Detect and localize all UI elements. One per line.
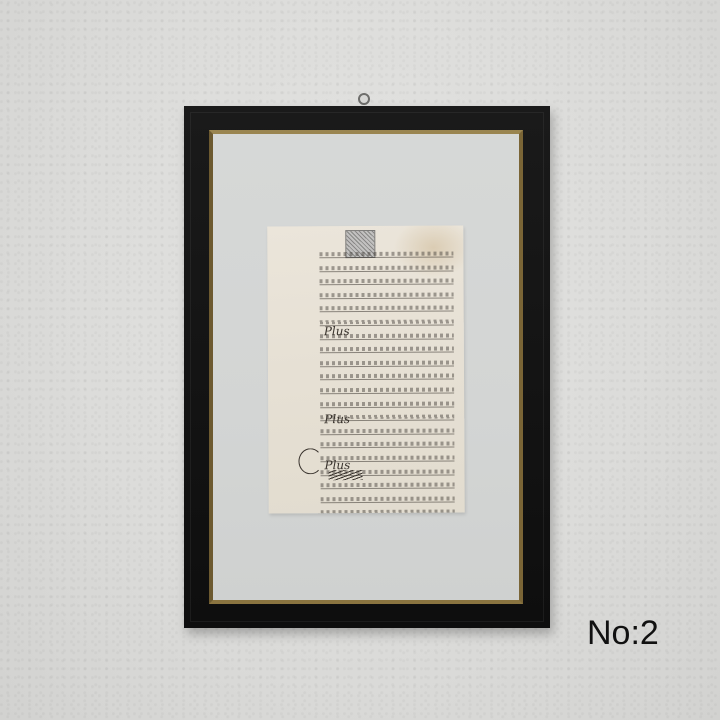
- manuscript-page: Plus Plus Plus: [267, 225, 465, 513]
- hanging-ring: [358, 93, 370, 105]
- flourish-mark: [298, 448, 322, 474]
- signature: [329, 470, 363, 480]
- margin-word: Plus: [324, 412, 350, 426]
- margin-word: Plus: [324, 324, 350, 338]
- item-number-label: No:2: [587, 614, 659, 653]
